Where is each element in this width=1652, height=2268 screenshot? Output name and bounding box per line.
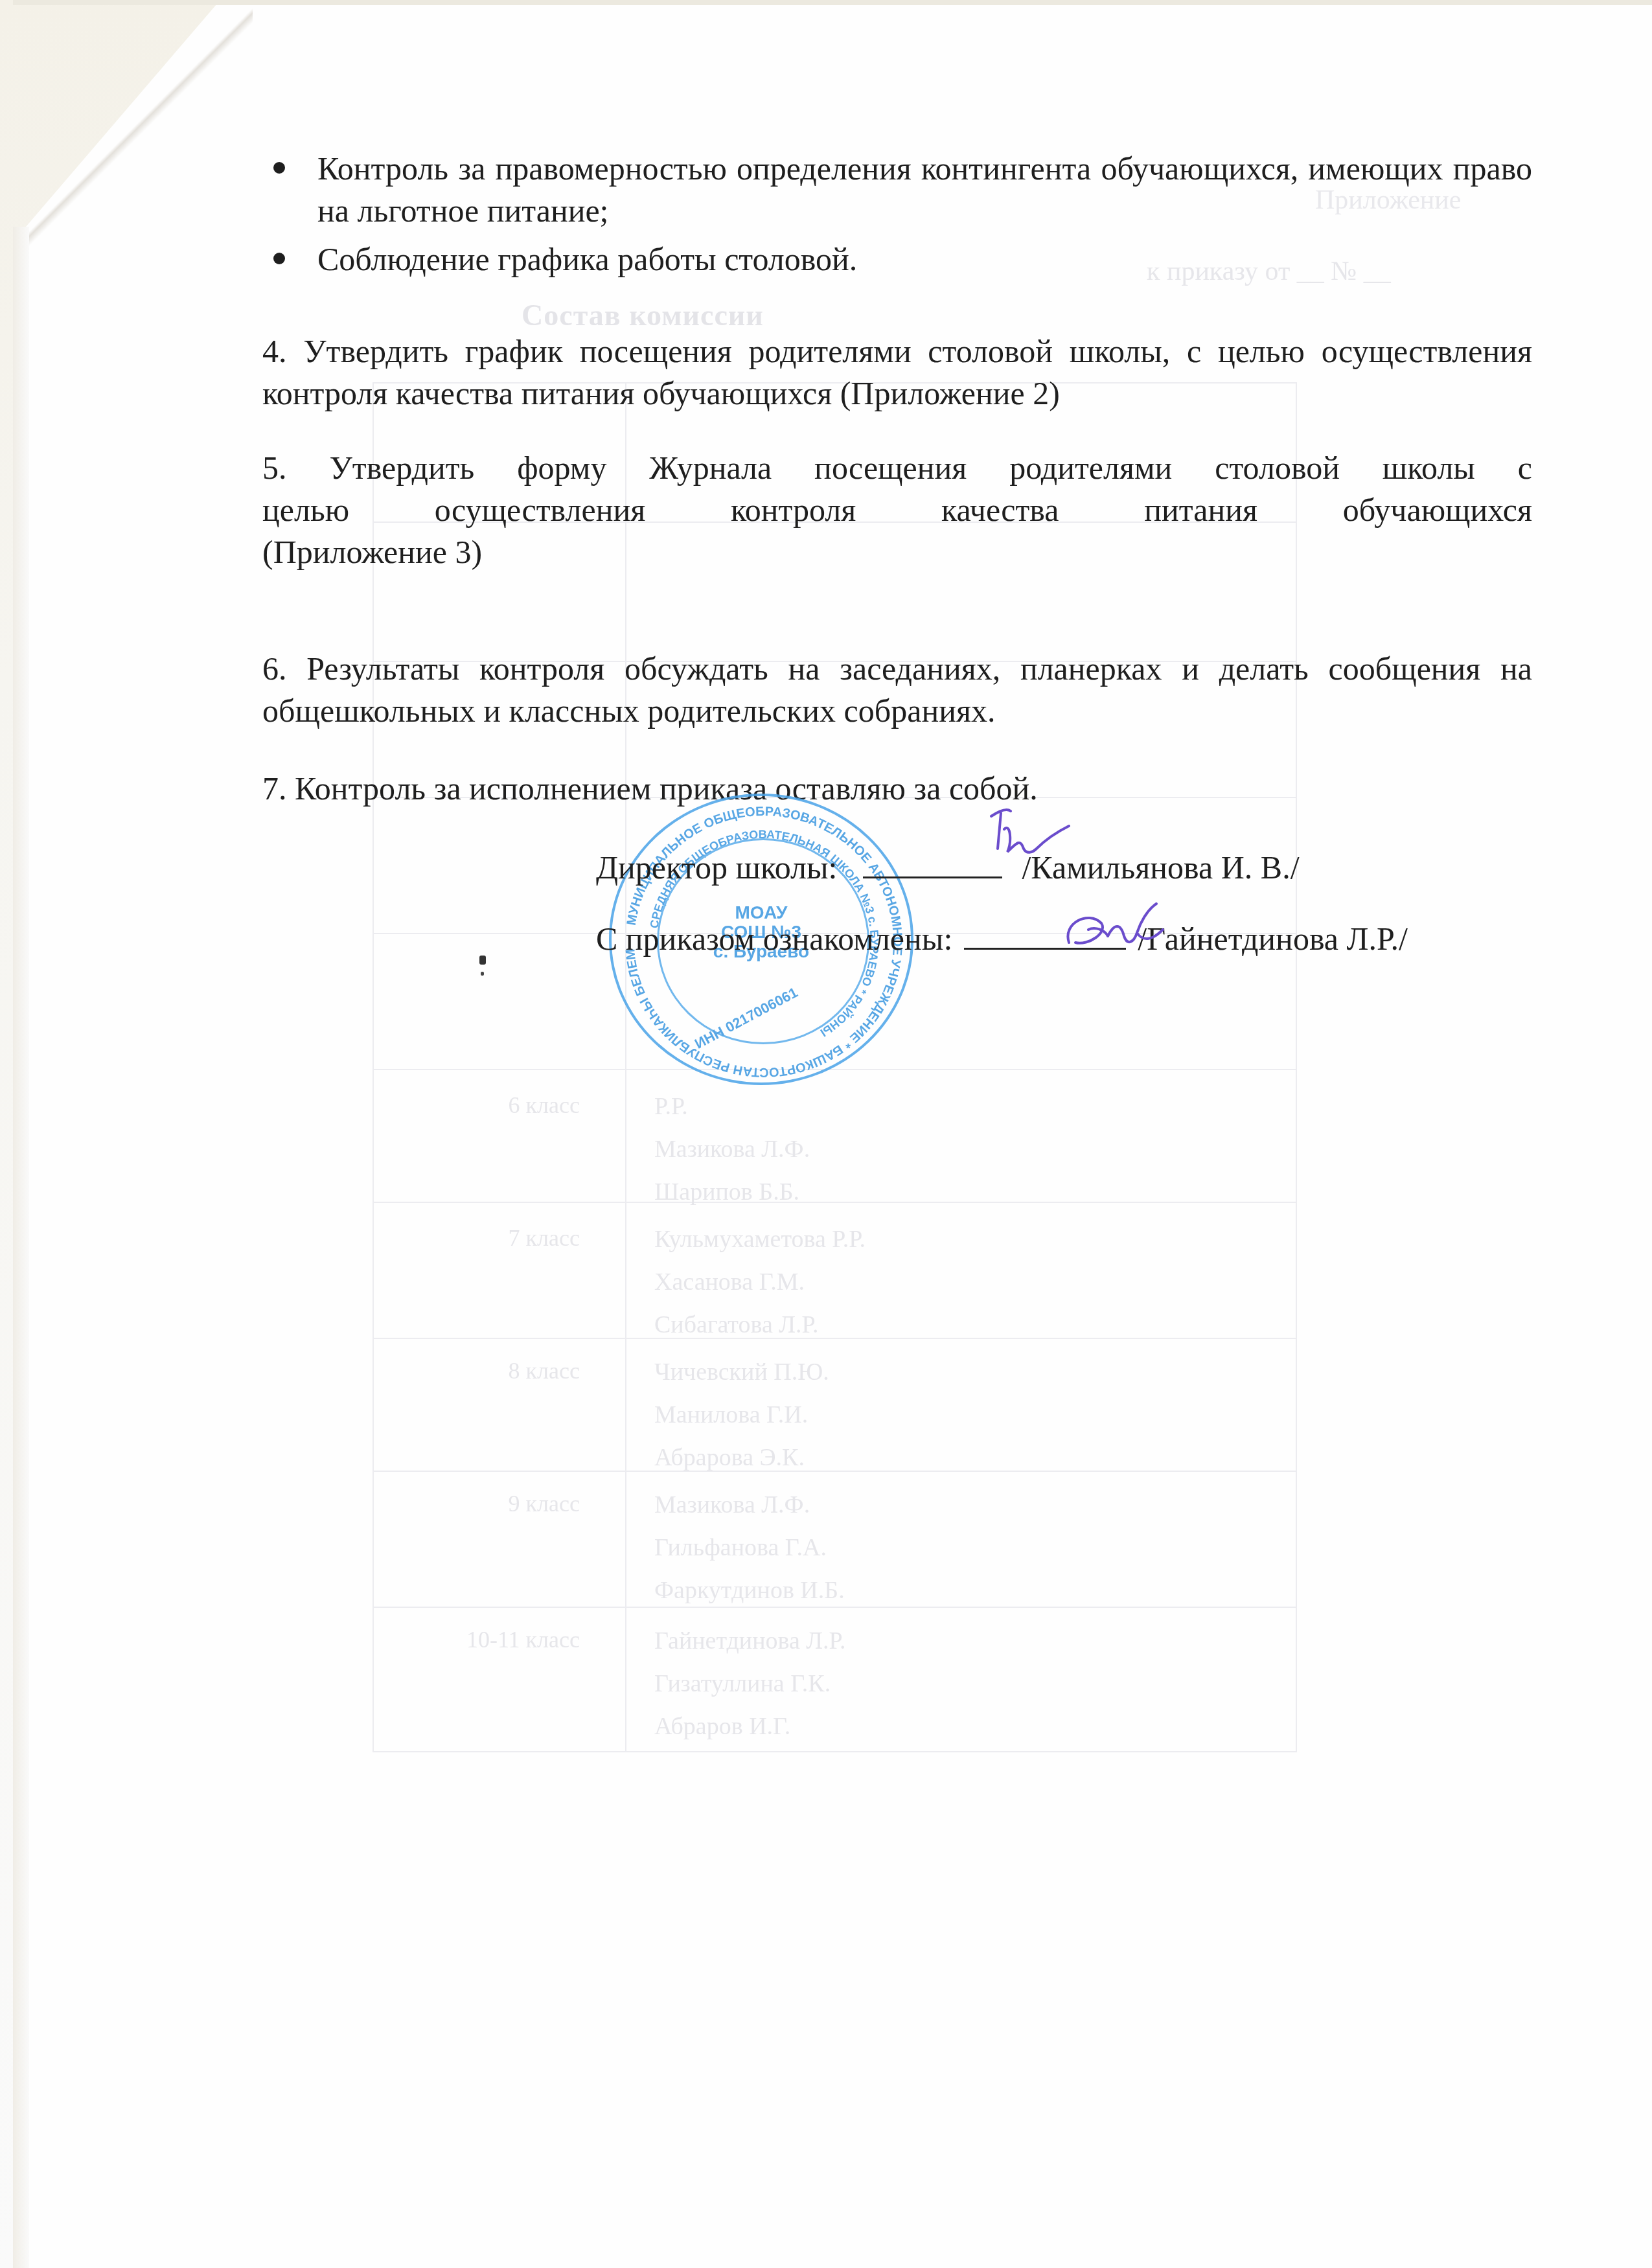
- show-through-class: 9 класс: [398, 1490, 580, 1517]
- show-through-names: Гайнетдинова Л.Р. Гизатуллина Г.К. Абрар…: [654, 1620, 846, 1748]
- show-through-name: Чичевский П.Ю.: [654, 1351, 829, 1393]
- show-through-name: Мазикова Л.Ф.: [654, 1483, 845, 1526]
- scan-speck: [479, 956, 486, 965]
- acknowledged-signature-icon: [1050, 897, 1179, 968]
- show-through-name: Гильфанова Г.А.: [654, 1526, 845, 1569]
- show-through-class: 8 класс: [398, 1357, 580, 1384]
- item-number: 5.: [262, 450, 287, 486]
- show-through-name: Абраров И.Г.: [654, 1705, 846, 1748]
- show-through-name: Мазикова Л.Ф.: [654, 1128, 810, 1171]
- show-through-name: Шарипов Б.Б.: [654, 1171, 810, 1213]
- show-through-name: Кульмухаметова Р.Р.: [654, 1218, 866, 1261]
- folded-corner: [0, 0, 259, 2268]
- show-through-name: Гизатуллина Г.К.: [654, 1662, 846, 1705]
- item-text: Утвердить график посещения родителями ст…: [262, 333, 1532, 411]
- bullet-list: Контроль за правомерностью определения к…: [317, 148, 1532, 281]
- item-text: Результаты контроля обсуждать на заседан…: [262, 650, 1532, 729]
- show-through-name: Хасанова Г.М.: [654, 1261, 866, 1303]
- show-through-name: Абрарова Э.К.: [654, 1436, 829, 1479]
- item-5: 5. Утвердить форму Журнала посещения род…: [262, 447, 1532, 573]
- bullet-item: Соблюдение графика работы столовой.: [317, 238, 1532, 281]
- show-through-name: Манилова Г.И.: [654, 1393, 829, 1436]
- acknowledged-label: С приказом ознакомлены:: [596, 921, 952, 957]
- show-through-name: Сибагатова Л.Р.: [654, 1303, 866, 1346]
- scan-left-edge: [13, 227, 29, 2268]
- scan-speck: [481, 972, 484, 976]
- acknowledged-signature-row: С приказом ознакомлены:/Гайнетдинова Л.Р…: [596, 920, 1408, 957]
- show-through-class: 6 класс: [398, 1092, 580, 1119]
- show-through-heading: Состав комиссии: [522, 298, 764, 332]
- director-label: Директор школы:: [596, 849, 837, 886]
- item-number: 4.: [262, 333, 287, 369]
- scanned-page: Приложение к приказу от __ № __ Состав к…: [0, 0, 1652, 2268]
- item-5-line-3: (Приложение 3): [262, 531, 1532, 573]
- item-4: 4. Утвердить график посещения родителями…: [262, 330, 1532, 415]
- director-signature-icon: [972, 803, 1075, 881]
- item-6: 6. Результаты контроля обсуждать на засе…: [262, 648, 1532, 732]
- show-through-names: Р.Р. Мазикова Л.Ф. Шарипов Б.Б.: [654, 1085, 810, 1213]
- bullet-text: Соблюдение графика работы столовой.: [317, 241, 857, 277]
- item-5-line-1: 5. Утвердить форму Журнала посещения род…: [262, 447, 1532, 489]
- bullet-icon: [273, 253, 285, 264]
- show-through-name: Гайнетдинова Л.Р.: [654, 1620, 846, 1662]
- show-through-class: 7 класс: [398, 1224, 580, 1252]
- bullet-text: Контроль за правомерностью определения к…: [317, 150, 1532, 229]
- item-text: Утвердить форму Журнала посещения родите…: [329, 450, 1532, 486]
- item-number: 7.: [262, 770, 287, 807]
- show-through-class: 10-11 класс: [398, 1626, 580, 1653]
- show-through-names: Мазикова Л.Ф. Гильфанова Г.А. Фаркутдино…: [654, 1483, 845, 1612]
- bullet-icon: [273, 162, 285, 174]
- show-through-name: Р.Р.: [654, 1085, 810, 1128]
- item-number: 6.: [262, 650, 287, 687]
- fold-edge: [19, 0, 253, 259]
- bullet-item: Контроль за правомерностью определения к…: [317, 148, 1532, 232]
- show-through-names: Кульмухаметова Р.Р. Хасанова Г.М. Сибага…: [654, 1218, 866, 1346]
- show-through-names: Чичевский П.Ю. Манилова Г.И. Абрарова Э.…: [654, 1351, 829, 1479]
- show-through-name: Фаркутдинов И.Б.: [654, 1569, 845, 1612]
- scan-top-edge: [13, 0, 1652, 5]
- item-5-line-2: целью осуществления контроля качества пи…: [262, 489, 1532, 531]
- director-signature-row: Директор школы:/Камильянова И. В./: [596, 849, 1300, 886]
